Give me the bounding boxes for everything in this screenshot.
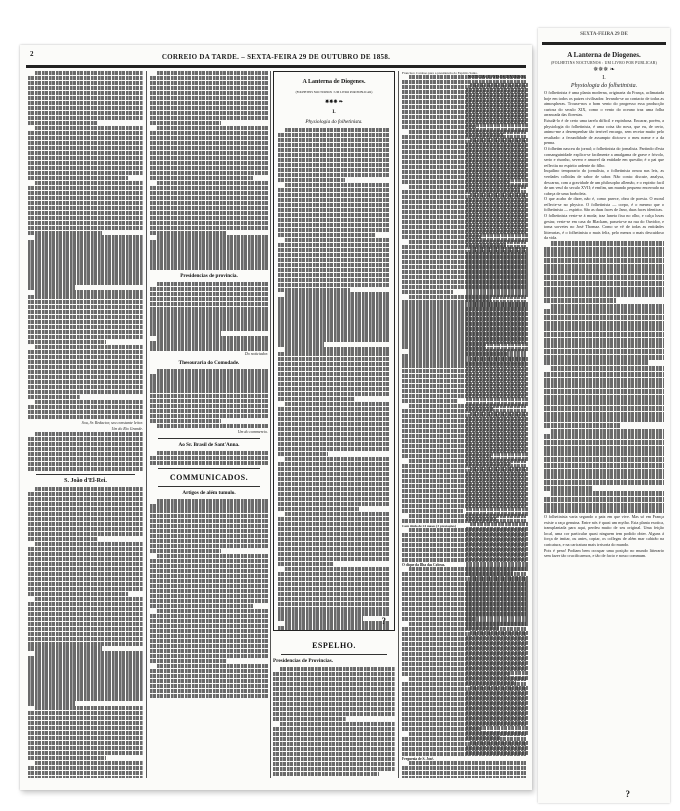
left-ps-text xyxy=(28,432,143,471)
lanterna-subtitle: (FOLHETINS NOCTURNOS : UM LIVRO POR PUBL… xyxy=(278,89,390,96)
lanterna-title: A Lanterna de Diogenes. xyxy=(278,79,390,86)
clipping-header: SEXTA-FEIRA 29 DE xyxy=(538,32,670,37)
fourth-column: NOTICIAS E AVISOS DIVERSOS. xyxy=(466,71,528,771)
section-title-sr-brasil: Ao Sr. Brasil de Sant'Anna. xyxy=(150,442,268,449)
clipping-paragraph: O que acabo de dizer, não é, como parece… xyxy=(544,196,664,213)
divider xyxy=(158,486,260,487)
clipping-paragraph: Estudá-lo é de certo uma tarefa difficil… xyxy=(544,118,664,146)
presidencias-text xyxy=(150,282,268,351)
presidencias-signature: Do noticiador. xyxy=(150,351,268,357)
clipping-paragraph: Pois é pena! Podiam bem occupar uma posi… xyxy=(544,548,664,559)
left-column-text-top xyxy=(28,71,143,419)
left-column: Sou, Sr. Redactor, seu constante leitor.… xyxy=(28,71,143,778)
divider xyxy=(158,438,260,439)
clipping-paragraph: O folhetinista é uma planta moderna, ori… xyxy=(544,90,664,118)
section-title-communicados: COMMUNICADOS. xyxy=(150,472,268,483)
section-title-thesouraria: Thesouraria do Comodade. xyxy=(150,360,268,367)
section-title-presidencias: Presidencias de provincia. xyxy=(150,273,268,280)
clipping-filler-text xyxy=(544,241,664,513)
section-title-artigos: Artigos de além tumulo. xyxy=(150,490,268,497)
column-divider xyxy=(270,71,271,778)
part-number: I. xyxy=(278,109,390,116)
clipping-title: A Lanterna de Diogenes. xyxy=(544,50,664,60)
clipping-chapter: Physiologia do folhetinista. xyxy=(544,82,664,90)
second-column: Presidencias de provincia. Do noticiador… xyxy=(150,71,268,778)
column-divider xyxy=(398,71,399,778)
clipping-end-mark: ? xyxy=(626,789,631,799)
sr-brasil-text xyxy=(150,451,268,465)
ornament: ✵✵✵ ❧ xyxy=(278,99,390,106)
newspaper-page: 2 CORREIO DA TARDE. – SEXTA-FEIRA 29 DE … xyxy=(20,45,532,790)
espelho-section: ESPELHO. Presidencias de Provincias. xyxy=(273,637,395,778)
divider xyxy=(158,468,260,469)
lanterna-text xyxy=(278,128,390,631)
end-mark: ? xyxy=(382,616,387,626)
lanterna-box: A Lanterna de Diogenes. (FOLHETINS NOCTU… xyxy=(273,71,395,631)
espelho-text xyxy=(273,667,395,776)
clipping-part: I. xyxy=(544,74,664,82)
noticias-text xyxy=(466,83,528,755)
left-column-text-bottom xyxy=(28,487,143,778)
clipping-ornament: ✵✵✵ ❧ xyxy=(544,66,664,74)
second-column-text-top xyxy=(150,71,268,270)
feuilleton-clipping: SEXTA-FEIRA 29 DE A Lanterna de Diogenes… xyxy=(538,28,670,803)
masthead-rule xyxy=(26,65,526,68)
clipping-paragraph: O folhetinista varia segundo o paiz em q… xyxy=(544,514,664,548)
column-divider xyxy=(146,71,147,778)
section-title-sao-joao: S. João d'El-Rei. xyxy=(28,478,143,485)
divider xyxy=(36,474,135,475)
thesouraria-text xyxy=(150,369,268,428)
section-title-noticias: NOTICIAS E AVISOS DIVERSOS. xyxy=(466,74,528,81)
chapter-title: Physiologia do folhetinista. xyxy=(278,119,390,126)
clipping-paragraph: O folhetim nasceu do jornal; o folhetini… xyxy=(544,146,664,168)
clipping-paragraph: Inquilino temporario do jornalista, o fo… xyxy=(544,168,664,196)
clipping-body: A Lanterna de Diogenes. (FOLHETINS NOCTU… xyxy=(544,50,664,783)
divider xyxy=(281,654,387,655)
section-title-espelho: ESPELHO. xyxy=(273,640,395,651)
thesouraria-signature: Um do commercio. xyxy=(150,429,268,435)
section-title-presidencias-provincias: Presidencias de Provincias. xyxy=(273,658,395,665)
clipping-paragraph: O folhetinista veste-se á moda; traz lun… xyxy=(544,213,664,241)
clipping-rule xyxy=(542,42,666,45)
artigos-text xyxy=(150,499,268,698)
